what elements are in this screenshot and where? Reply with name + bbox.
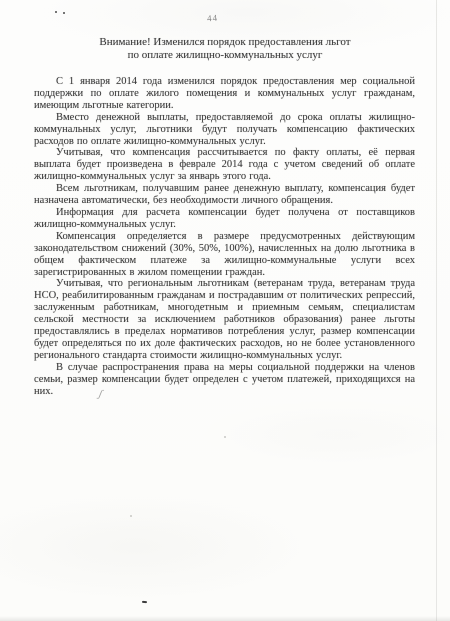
scan-edge-line	[436, 0, 437, 621]
handwritten-dots-mark	[55, 10, 69, 15]
document-title-line2: по оплате жилищно-коммунальных услуг	[0, 49, 450, 62]
bottom-ink-mark	[142, 601, 147, 603]
paragraph: Учитывая, что региональным льготникам (в…	[34, 278, 415, 361]
paragraph: Всем льготникам, получавшим ранее денежн…	[34, 183, 415, 207]
paragraph: Учитывая, что компенсация рассчитывается…	[34, 147, 415, 183]
scan-bottom-shade	[0, 616, 450, 621]
paragraph: Компенсация определяется в размере преду…	[34, 231, 415, 279]
paragraph: Вместо денежной выплаты, предоставляемой…	[34, 112, 415, 148]
document-title-line1: Внимание! Изменился порядок предоставлен…	[0, 36, 450, 49]
scan-speck	[130, 515, 132, 517]
scan-speck	[224, 436, 226, 438]
paragraph: В случае распространения права на меры с…	[34, 362, 415, 398]
paragraph: С 1 января 2014 года изменился порядок п…	[34, 76, 415, 112]
handwritten-top-mark: 44	[207, 13, 219, 24]
scanned-document-page: 44 Внимание! Изменился порядок предостав…	[0, 0, 450, 621]
paragraph: Информация для расчета компенсации будет…	[34, 207, 415, 231]
document-body: С 1 января 2014 года изменился порядок п…	[34, 76, 415, 397]
